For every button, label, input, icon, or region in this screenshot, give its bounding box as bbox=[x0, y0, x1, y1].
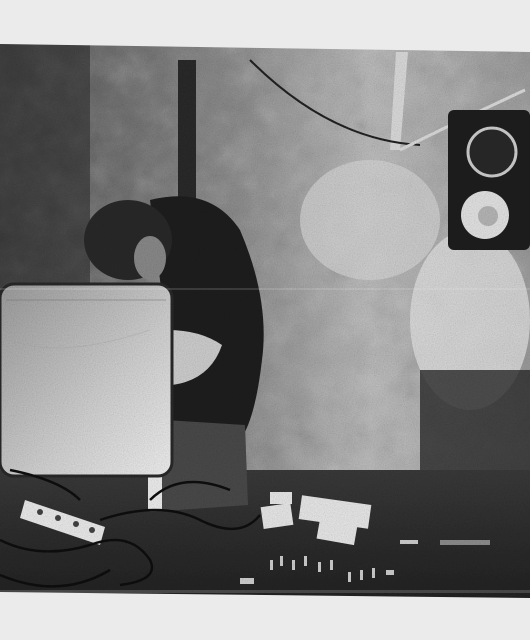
photograph bbox=[0, 0, 530, 640]
photocopy-page: A person bent forward in a dim, rough-wa… bbox=[0, 0, 530, 640]
wall-speaker bbox=[448, 110, 530, 250]
